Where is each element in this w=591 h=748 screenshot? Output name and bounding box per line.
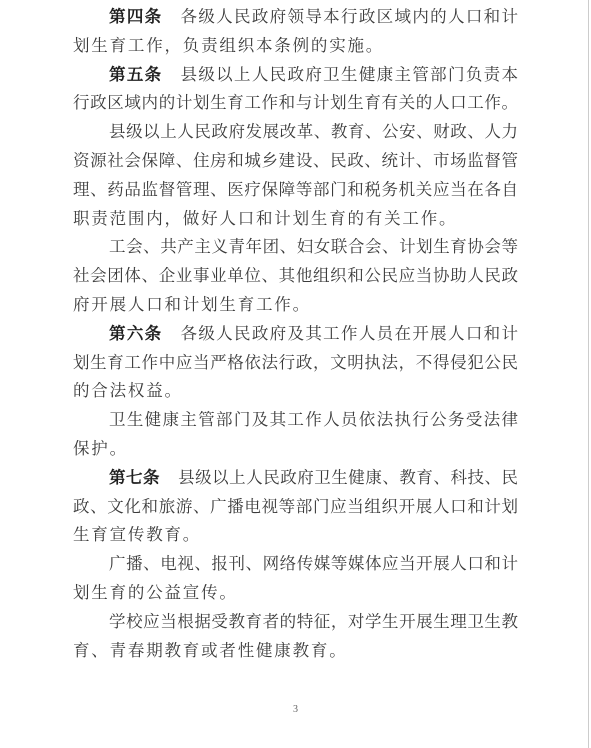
text-line: 学校应当根据受教育者的特征，对学生开展生理卫生教: [73, 608, 518, 637]
text-line: 政、文化和旅游、广播电视等部门应当组织开展人口和计划: [73, 493, 518, 522]
article-paragraph: 第七条县级以上人民政府卫生健康、教育、科技、民 政、文化和旅游、广播电视等部门应…: [73, 464, 518, 550]
text-line: 卫生健康主管部门及其工作人员依法执行公务受法律: [73, 406, 518, 435]
article-paragraph: 第五条县级以上人民政府卫生健康主管部门负责本 行政区域内的计划生育工作和与计划生…: [73, 61, 518, 119]
text-line: 第七条县级以上人民政府卫生健康、教育、科技、民: [73, 464, 518, 493]
text-line: 工会、共产主义青年团、妇女联合会、计划生育协会等: [73, 233, 518, 262]
article-number-label: 第四条: [109, 7, 163, 26]
line-text: 县级以上人民政府卫生健康、教育、科技、民: [178, 468, 518, 487]
body-paragraph: 工会、共产主义青年团、妇女联合会、计划生育协会等 社会团体、企业事业单位、其他组…: [73, 233, 518, 319]
text-line: 划生育工作中应当严格依法行政，文明执法，不得侵犯公民: [73, 349, 518, 378]
article-paragraph: 第六条各级人民政府及其工作人员在开展人口和计 划生育工作中应当严格依法行政，文明…: [73, 320, 518, 406]
text-line: 职责范围内，做好人口和计划生育的有关工作。: [73, 205, 518, 234]
text-line: 广播、电视、报刊、网络传媒等媒体应当开展人口和计: [73, 550, 518, 579]
article-number-label: 第五条: [109, 65, 163, 84]
text-line: 第五条县级以上人民政府卫生健康主管部门负责本: [73, 61, 518, 90]
body-paragraph: 卫生健康主管部门及其工作人员依法执行公务受法律 保护。: [73, 406, 518, 464]
line-text: 县级以上人民政府卫生健康主管部门负责本: [181, 65, 519, 84]
text-line: 育、青春期教育或者性健康教育。: [73, 637, 518, 666]
line-text: 各级人民政府领导本行政区域内的人口和计: [181, 7, 519, 26]
article-paragraph: 第四条各级人民政府领导本行政区域内的人口和计 划生育工作，负责组织本条例的实施。: [73, 3, 518, 61]
text-line: 县级以上人民政府发展改革、教育、公安、财政、人力: [73, 118, 518, 147]
text-line: 社会团体、企业事业单位、其他组织和公民应当协助人民政: [73, 262, 518, 291]
article-number-label: 第七条: [109, 468, 160, 487]
text-line: 第六条各级人民政府及其工作人员在开展人口和计: [73, 320, 518, 349]
text-line: 第四条各级人民政府领导本行政区域内的人口和计: [73, 3, 518, 32]
body-paragraph: 广播、电视、报刊、网络传媒等媒体应当开展人口和计 划生育的公益宣传。: [73, 550, 518, 608]
text-line: 划生育工作，负责组织本条例的实施。: [73, 32, 518, 61]
text-line: 保护。: [73, 435, 518, 464]
text-line: 生育宣传教育。: [73, 521, 518, 550]
page-number: 3: [0, 704, 591, 715]
text-line: 资源社会保障、住房和城乡建设、民政、统计、市场监督管: [73, 147, 518, 176]
text-line: 的合法权益。: [73, 377, 518, 406]
line-text: 各级人民政府及其工作人员在开展人口和计: [181, 324, 519, 343]
document-page: 第四条各级人民政府领导本行政区域内的人口和计 划生育工作，负责组织本条例的实施。…: [0, 0, 591, 748]
document-text-block: 第四条各级人民政府领导本行政区域内的人口和计 划生育工作，负责组织本条例的实施。…: [73, 3, 518, 665]
text-line: 行政区域内的计划生育工作和与计划生育有关的人口工作。: [73, 89, 518, 118]
text-line: 府开展人口和计划生育工作。: [73, 291, 518, 320]
article-number-label: 第六条: [109, 324, 163, 343]
text-line: 划生育的公益宣传。: [73, 579, 518, 608]
text-line: 理、药品监督管理、医疗保障等部门和税务机关应当在各自: [73, 176, 518, 205]
body-paragraph: 学校应当根据受教育者的特征，对学生开展生理卫生教 育、青春期教育或者性健康教育。: [73, 608, 518, 666]
body-paragraph: 县级以上人民政府发展改革、教育、公安、财政、人力 资源社会保障、住房和城乡建设、…: [73, 118, 518, 233]
scan-edge-line: [588, 0, 590, 748]
